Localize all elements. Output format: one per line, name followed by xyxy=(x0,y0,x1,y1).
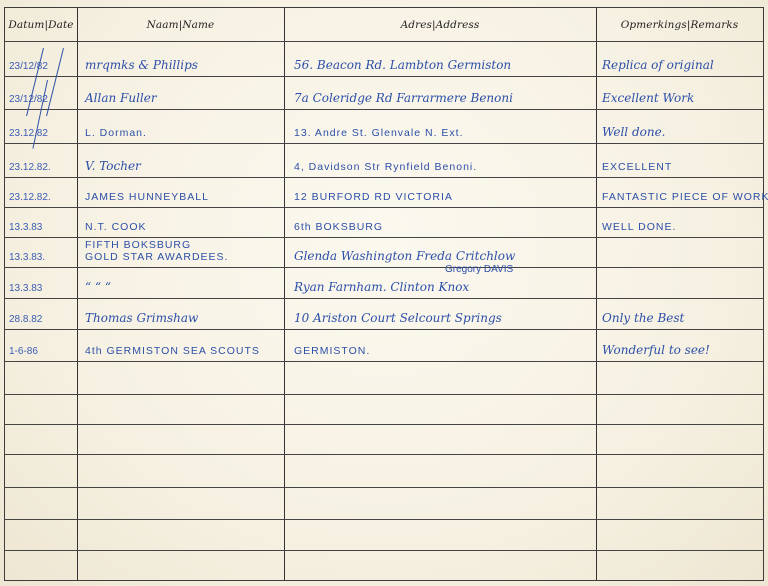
cell-date xyxy=(5,394,77,424)
cell-address: 13. Andre St. Glenvale N. Ext. xyxy=(284,109,596,143)
cell-name: mrqmks & Phillips xyxy=(77,41,284,76)
cell-name xyxy=(77,550,284,580)
cell-name xyxy=(77,487,284,519)
cell-date: 13.3.83 xyxy=(5,207,77,237)
cell-name: JAMES HUNNEYBALL xyxy=(77,177,284,207)
cell-remarks: Only the Best xyxy=(596,298,763,329)
cell-date xyxy=(5,454,77,487)
cell-address xyxy=(284,519,596,550)
cell-name-line1: FIFTH BOKSBURG xyxy=(85,239,191,251)
cell-address-note: Gregory DAVIS xyxy=(445,264,513,275)
cell-remarks: Excellent Work xyxy=(596,76,763,109)
cell-name: Thomas Grimshaw xyxy=(77,298,284,329)
cell-remarks: FANTASTIC PIECE OF WORK xyxy=(596,177,763,207)
cell-address xyxy=(284,454,596,487)
cell-remarks xyxy=(596,361,763,394)
cell-remarks xyxy=(596,454,763,487)
cell-remarks: Well done. xyxy=(596,109,763,143)
cell-address xyxy=(284,550,596,580)
cell-name: N.T. COOK xyxy=(77,207,284,237)
cell-date: 23.12.82. xyxy=(5,177,77,207)
cell-date: 23.12.82. xyxy=(5,143,77,177)
cell-date xyxy=(5,361,77,394)
cell-date: 1-6-86 xyxy=(5,329,77,361)
cell-remarks xyxy=(596,237,763,267)
cell-remarks xyxy=(596,394,763,424)
cell-name xyxy=(77,424,284,454)
cell-remarks: Replica of original xyxy=(596,41,763,76)
cell-name: Allan Fuller xyxy=(77,76,284,109)
cell-remarks xyxy=(596,424,763,454)
cell-remarks: Wonderful to see! xyxy=(596,329,763,361)
cell-address: 7a Coleridge Rd Farrarmere Benoni xyxy=(284,76,596,109)
cell-remarks: EXCELLENT xyxy=(596,143,763,177)
cell-name: 4th GERMISTON SEA SCOUTS xyxy=(77,329,284,361)
header-date: Datum|Date xyxy=(5,8,77,41)
cell-address: 4, Davidson Str Rynfield Benoni. xyxy=(284,143,596,177)
ledger-table: Datum|Date Naam|Name Adres|Address Opmer… xyxy=(4,7,764,581)
cell-address: 56. Beacon Rd. Lambton Germiston xyxy=(284,41,596,76)
cell-name: “ “ “ xyxy=(77,267,284,298)
cell-name xyxy=(77,394,284,424)
cell-address: 10 Ariston Court Selcourt Springs xyxy=(284,298,596,329)
cell-address xyxy=(284,394,596,424)
cell-date: 13.3.83. xyxy=(5,237,77,267)
cell-date xyxy=(5,487,77,519)
header-name: Naam|Name xyxy=(77,8,284,41)
cell-address: 12 BURFORD RD VICTORIA xyxy=(284,177,596,207)
cell-remarks: WELL DONE. xyxy=(596,207,763,237)
cell-address xyxy=(284,487,596,519)
cell-name: V. Tocher xyxy=(77,143,284,177)
paper-page: Datum|Date Naam|Name Adres|Address Opmer… xyxy=(0,0,768,586)
cell-remarks xyxy=(596,487,763,519)
cell-date xyxy=(5,519,77,550)
header-address: Adres|Address xyxy=(284,8,596,41)
cell-address: GERMISTON. xyxy=(284,329,596,361)
cell-date: 28.8.82 xyxy=(5,298,77,329)
cell-name xyxy=(77,519,284,550)
cell-date: 23.12.82 xyxy=(5,109,77,143)
cell-name: L. Dorman. xyxy=(77,109,284,143)
cell-remarks xyxy=(596,267,763,298)
cell-remarks xyxy=(596,550,763,580)
cell-address: Glenda Washington Freda Critchlow xyxy=(284,237,596,267)
cell-address: 6th BOKSBURG xyxy=(284,207,596,237)
cell-address xyxy=(284,424,596,454)
cell-name xyxy=(77,361,284,394)
cell-date: 13.3.83 xyxy=(5,267,77,298)
cell-address xyxy=(284,361,596,394)
cell-remarks xyxy=(596,519,763,550)
cell-date xyxy=(5,550,77,580)
cell-date xyxy=(5,424,77,454)
header-remarks: Opmerkings|Remarks xyxy=(596,8,763,41)
cell-name xyxy=(77,454,284,487)
cell-address: Ryan Farnham. Clinton Knox xyxy=(284,267,596,298)
